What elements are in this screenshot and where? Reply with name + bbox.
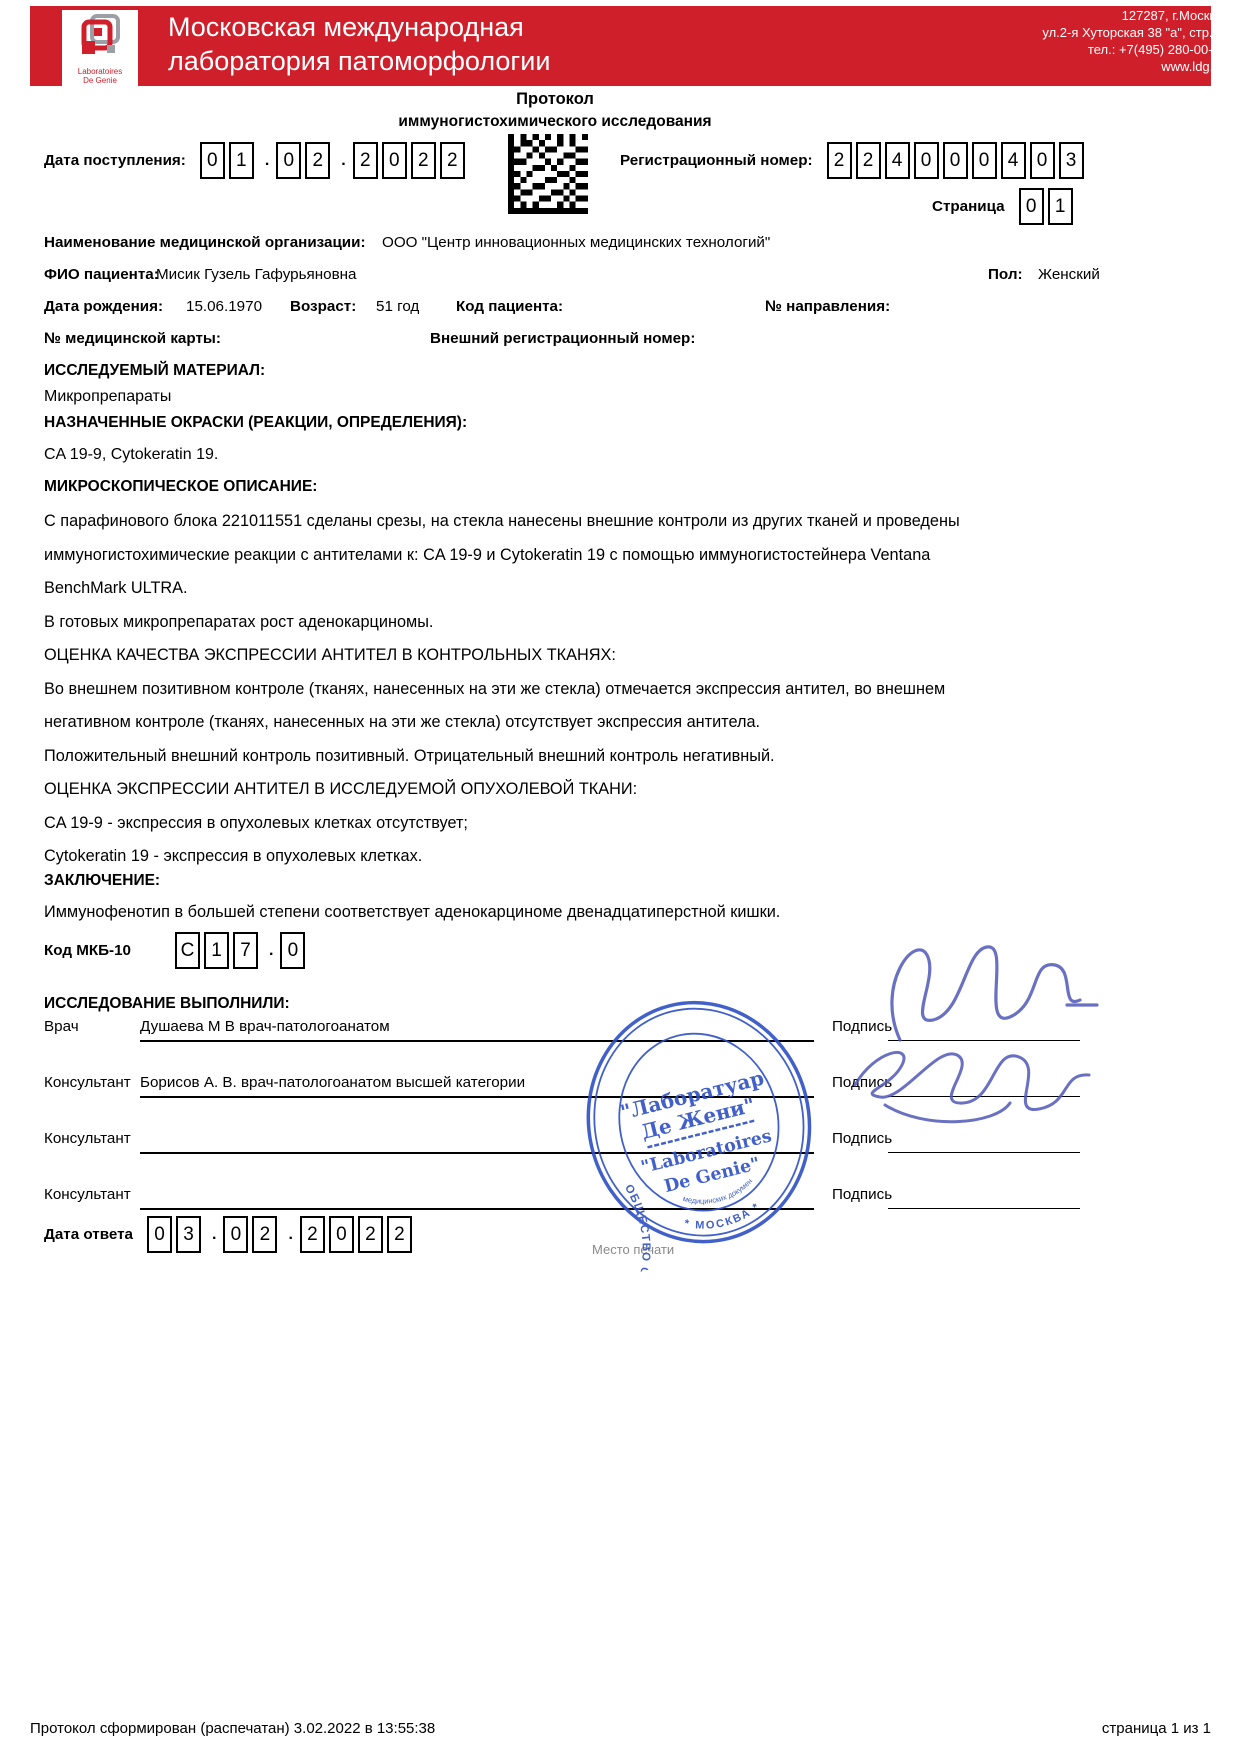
medical-card-label: № медицинской карты: (44, 330, 221, 347)
page-number-label: Страница (932, 198, 1005, 215)
admission-digit: 2 (440, 142, 465, 179)
micro-line: негативном контроле (тканях, нанесенных … (44, 706, 1204, 740)
birth-date-label: Дата рождения: (44, 298, 163, 315)
admission-digit: 1 (229, 142, 254, 179)
micro-line: ОЦЕНКА ЭКСПРЕССИИ АНТИТЕЛ В ИССЛЕДУЕМОЙ … (44, 773, 1204, 807)
protocol-page: Laboratoires De Genie Московская междуна… (0, 0, 1241, 1755)
date-separator: . (288, 1226, 292, 1244)
org-value: ООО "Центр инновационных медицинских тех… (382, 234, 770, 251)
registration-digit: 2 (827, 142, 852, 179)
patient-name-value: Мисик Гузель Гафурьяновна (156, 266, 357, 283)
date-separator: . (265, 152, 269, 170)
performer-role: Консультант (44, 1074, 131, 1091)
icd-digit: C (175, 932, 200, 969)
age-value: 51 год (376, 298, 419, 315)
icd-digit: 0 (280, 932, 305, 969)
micro-line: Положительный внешний контроль позитивны… (44, 740, 1204, 774)
page-digit: 0 (1019, 188, 1044, 225)
registration-digit: 4 (885, 142, 910, 179)
org-label: Наименование медицинской организации: (44, 234, 366, 251)
doctor-signature (892, 947, 1097, 1040)
performers-section-label: ИССЛЕДОВАНИЕ ВЫПОЛНИЛИ: (44, 995, 290, 1013)
response-digit: 2 (358, 1216, 383, 1253)
doc-title: Протокол (0, 90, 1110, 109)
admission-digit: 2 (353, 142, 378, 179)
icd-code-row: Код МКБ-10 C 1 7 . 0 (44, 932, 309, 969)
icd-digit: 7 (233, 932, 258, 969)
micro-line: BenchMark ULTRA. (44, 572, 1204, 606)
admission-date-label: Дата поступления: (44, 152, 186, 169)
date-separator: . (212, 1226, 216, 1244)
micro-line: Во внешнем позитивном контроле (тканях, … (44, 673, 1204, 707)
response-digit: 2 (387, 1216, 412, 1253)
referral-number-label: № направления: (765, 298, 890, 315)
signature-line (888, 1152, 1080, 1153)
registration-number-row: Регистрационный номер: 2 2 4 0 0 0 4 0 3 (620, 142, 1088, 179)
admission-digit: 0 (200, 142, 225, 179)
registration-digit: 4 (1001, 142, 1026, 179)
micro-line: С парафинового блока 221011551 сделаны с… (44, 505, 1204, 539)
micro-line: ОЦЕНКА КАЧЕСТВА ЭКСПРЕССИИ АНТИТЕЛ В КОН… (44, 639, 1204, 673)
patient-name-label: ФИО пациента: (44, 266, 159, 283)
response-date-label: Дата ответа (44, 1226, 133, 1243)
performer-role: Консультант (44, 1186, 131, 1203)
performer-name: Борисов А. В. врач-патологоанатом высшей… (140, 1074, 525, 1091)
registration-digit: 2 (856, 142, 881, 179)
lab-address: 127287, г.Москва, ул.2-я Хуторская 38 "а… (1042, 7, 1227, 75)
response-digit: 0 (223, 1216, 248, 1253)
response-digit: 2 (252, 1216, 277, 1253)
lab-name: Московская международная лаборатория пат… (168, 10, 550, 78)
registration-digit: 3 (1059, 142, 1084, 179)
patient-code-label: Код пациента: (456, 298, 563, 315)
response-date-row: Дата ответа 0 3 . 0 2 . 2 0 2 2 (44, 1216, 416, 1253)
stains-section-label: НАЗНАЧЕННЫЕ ОКРАСКИ (РЕАКЦИИ, ОПРЕДЕЛЕНИ… (44, 414, 467, 432)
micro-line: Cytokeratin 19 - экспрессия в опухолевых… (44, 840, 1204, 874)
registration-digit: 0 (1030, 142, 1055, 179)
doc-subtitle: иммуногистохимического исследования (0, 113, 1110, 131)
date-separator: . (341, 152, 345, 170)
response-digit: 0 (147, 1216, 172, 1253)
micro-description: С парафинового блока 221011551 сделаны с… (44, 505, 1204, 874)
footer-page-text: страница 1 из 1 (1102, 1720, 1211, 1737)
admission-digit: 2 (305, 142, 330, 179)
lab-logo-icon (76, 14, 124, 65)
admission-digit: 0 (382, 142, 407, 179)
sex-value: Женский (1038, 266, 1100, 283)
footer-generated-text: Протокол сформирован (распечатан) 3.02.2… (30, 1720, 435, 1737)
icd-separator: . (269, 942, 273, 960)
conclusion-section-label: ЗАКЛЮЧЕНИЕ: (44, 872, 160, 890)
icd-code-label: Код МКБ-10 (44, 942, 131, 959)
conclusion-text: Иммунофенотип в большей степени соответс… (44, 903, 780, 922)
admission-digit: 0 (276, 142, 301, 179)
registration-digit: 0 (972, 142, 997, 179)
birth-date-value: 15.06.1970 (186, 298, 262, 315)
signature-line (888, 1208, 1080, 1209)
stains-value: CA 19-9, Cytokeratin 19. (44, 446, 218, 464)
micro-line: В готовых микропрепаратах рост аденокарц… (44, 606, 1204, 640)
response-digit: 2 (300, 1216, 325, 1253)
admission-digit: 2 (411, 142, 436, 179)
micro-section-label: МИКРОСКОПИЧЕСКОЕ ОПИСАНИЕ: (44, 478, 317, 496)
material-section-label: ИССЛЕДУЕМЫЙ МАТЕРИАЛ: (44, 362, 265, 380)
external-reg-label: Внешний регистрационный номер: (430, 330, 695, 347)
response-digit: 3 (176, 1216, 201, 1253)
performer-role: Консультант (44, 1130, 131, 1147)
company-stamp: ОБЩЕСТВО С ОГРАНИЧЕННОЙ ОТВЕТСТВЕННОСТЬЮ… (552, 970, 848, 1283)
registration-digit: 0 (943, 142, 968, 179)
performer-name: Душаева М В врач-патологоанатом (140, 1018, 390, 1035)
performer-role: Врач (44, 1018, 79, 1035)
registration-digit: 0 (914, 142, 939, 179)
datamatrix-barcode-icon (508, 133, 588, 220)
material-value: Микропрепараты (44, 388, 171, 406)
response-digit: 0 (329, 1216, 354, 1253)
registration-number-label: Регистрационный номер: (620, 152, 813, 169)
icd-digit: 1 (204, 932, 229, 969)
admission-date-row: Дата поступления: 0 1 . 0 2 . 2 0 2 2 (44, 142, 469, 179)
handwritten-signatures (845, 925, 1125, 1140)
consultant-signature (855, 1052, 1089, 1121)
sex-label: Пол: (988, 266, 1023, 283)
page-number-row: Страница 0 1 (932, 188, 1077, 225)
micro-line: CA 19-9 - экспрессия в опухолевых клетка… (44, 807, 1204, 841)
lab-brand-name: Laboratoires De Genie (78, 67, 122, 85)
page-digit: 1 (1048, 188, 1073, 225)
micro-line: иммуногистохимические реакции с антитела… (44, 539, 1204, 573)
age-label: Возраст: (290, 298, 356, 315)
lab-logo: Laboratoires De Genie (62, 10, 138, 96)
